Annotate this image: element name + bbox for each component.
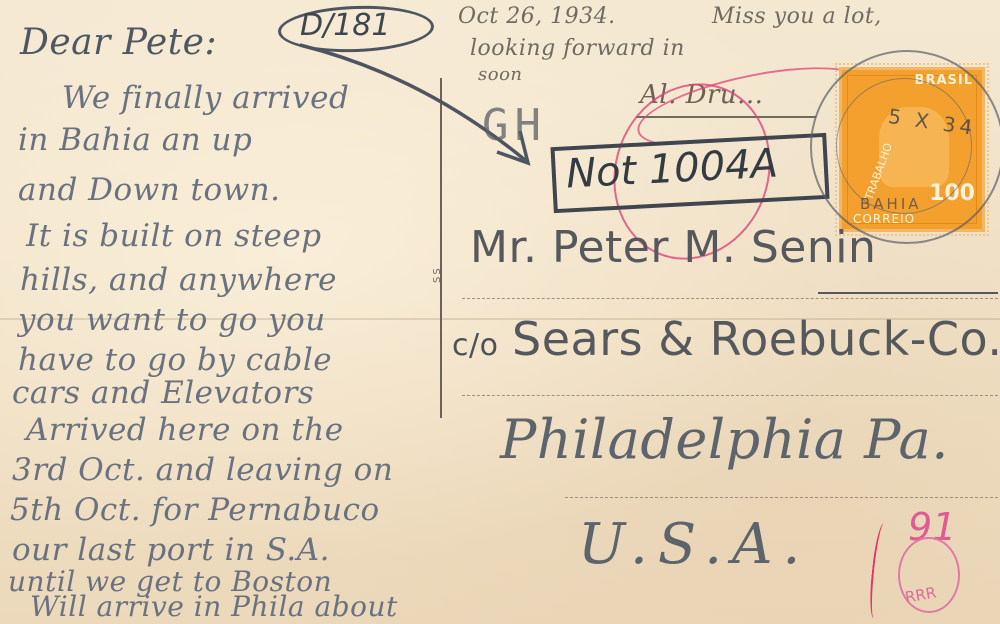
- message-line-7: have to go by cable: [18, 342, 332, 378]
- message-line-12: our last port in S.A.: [12, 532, 330, 568]
- note-line-3: soon: [478, 64, 523, 85]
- message-line-14: Will arrive in Phila about: [30, 590, 398, 623]
- message-line-8: cars and Elevators: [12, 375, 314, 411]
- gh-stamp-mark: GH: [482, 100, 547, 151]
- address-line-1: Mr. Peter M. Senin: [470, 222, 876, 273]
- message-line-9: Arrived here on the: [26, 412, 344, 448]
- message-line-11: 5th Oct. for Pernabuco: [10, 492, 380, 528]
- message-line-10: 3rd Oct. and leaving on: [12, 452, 393, 488]
- note-line-1: Miss you a lot,: [712, 4, 882, 29]
- surname-underline: [818, 292, 998, 294]
- note-date: Oct 26, 1934.: [458, 4, 616, 29]
- note-line-2: looking forward in: [470, 36, 685, 61]
- printed-publisher-mark: SS: [432, 266, 443, 283]
- address-line-4: U.S.A.: [578, 512, 810, 577]
- message-line-6: you want to go you: [18, 302, 326, 338]
- address-rule-3: [565, 497, 998, 498]
- postmark-city: BAHIA: [860, 195, 922, 213]
- message-line-2: in Bahia an up: [18, 122, 252, 158]
- address-care-of: c/o: [452, 328, 498, 363]
- address-rule-1: [462, 298, 998, 299]
- address-line-3: Philadelphia Pa.: [500, 408, 949, 471]
- address-line-2: Sears & Roebuck-Co.: [512, 312, 1000, 366]
- message-line-1: We finally arrived: [62, 80, 349, 116]
- postcard-back: D/181 Dear Pete: We finally arrived in B…: [0, 0, 1000, 624]
- postmark-inner-ring: [836, 78, 972, 214]
- message-line-5: hills, and anywhere: [20, 262, 337, 298]
- salutation: Dear Pete:: [20, 22, 217, 63]
- address-rule-2: [462, 395, 998, 396]
- message-line-3: and Down town.: [18, 172, 281, 208]
- message-line-4: It is built on steep: [26, 218, 322, 254]
